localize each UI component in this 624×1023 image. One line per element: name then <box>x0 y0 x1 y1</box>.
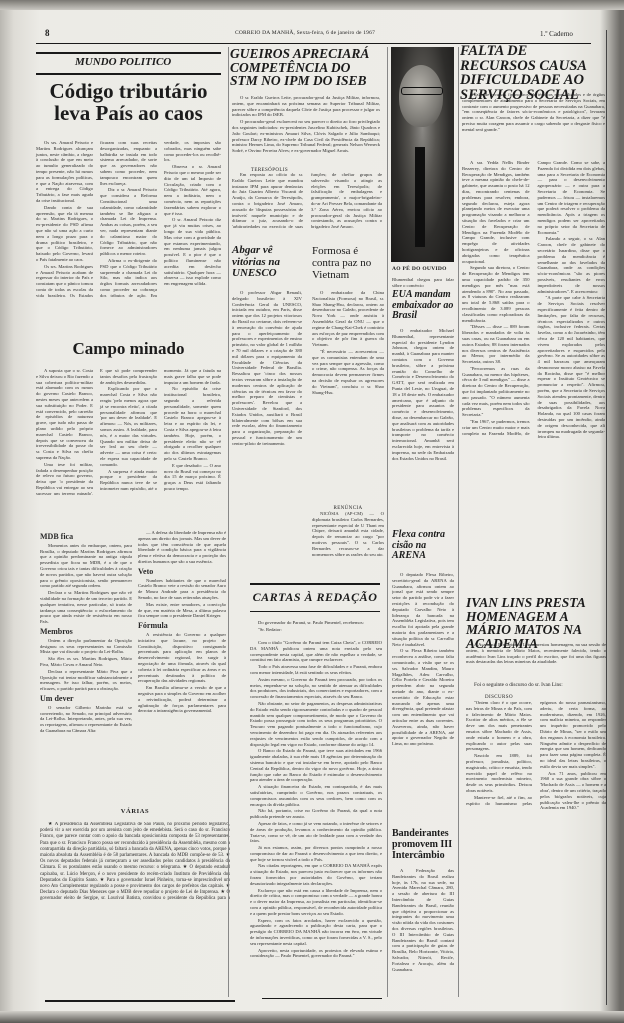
paragraph: A Federação das Bandeirantes do Brasil r… <box>392 868 454 972</box>
cartas-rule-top <box>250 583 380 585</box>
paragraph: NICÓSIA (AP-CM) — O diplomata brasileiro… <box>312 511 384 556</box>
paragraph: Espero, com os fatos arrolados, haver es… <box>250 918 382 947</box>
paragraph: O senador Gilberto Marinho está se conve… <box>40 705 132 734</box>
article-eua-mandam: O embaixador Michael Blumenthal, represe… <box>392 328 454 503</box>
article-cartas: Com o título "Govêrno do Paraná tem Caix… <box>250 640 382 995</box>
headline-gueiros: GUEIROS APRECIARÁ COMPETÊNCIA DO STM NO … <box>230 47 380 88</box>
paragraph: Falando a seguir, o sr. Alan Caroon, che… <box>538 236 606 294</box>
paragraph: — A defesa da liberdade de Imprensa não … <box>138 530 226 565</box>
column-rule <box>387 47 388 997</box>
paragraph: Apesar de fatos, e como já se vem notand… <box>250 821 382 844</box>
paragraph: Observa o sr. Amaral Peixoto que o mesmo… <box>164 164 221 216</box>
paragraph: O deputado Flexa Ribeiro, secretário-ger… <box>392 572 454 647</box>
paragraph: Do governador do Paraná, sr. Paulo Pimen… <box>250 620 382 626</box>
paragraph: A resistência do Governo a qualquer inic… <box>138 632 226 684</box>
cartas-intro: Do governador do Paraná, sr. Paulo Pimen… <box>250 620 382 634</box>
paragraph: Ontem a direção parlamentar da Oposição … <box>40 638 132 655</box>
article-falta-recursos: A sra. Yedda Nellis Binder Bezzerey, dir… <box>462 160 605 555</box>
notes-column-right: — A defesa da liberdade de Imprensa não … <box>138 530 226 790</box>
subhead-membros: Membros <box>40 629 132 635</box>
paragraph: Em resposta ao ofício do sr. Eraldo Guei… <box>232 172 382 234</box>
paragraph: Com o título "Govêrno do Paraná tem Caix… <box>250 640 382 663</box>
article-gueiros: Em resposta ao ofício do sr. Eraldo Guei… <box>232 172 382 234</box>
paragraph: O procurador-geral esclarecerá no seu pa… <box>232 119 380 154</box>
article-bandeirantes: A Federação das Bandeirantes do Brasil r… <box>392 868 454 996</box>
paragraph: Não obstante, no setor de pagamentos, as… <box>250 701 382 747</box>
paragraph: Mas existe, entre senadores, a convicção… <box>138 602 226 619</box>
page-number: 8 <box>45 28 50 38</box>
scan-top-edge <box>0 0 624 10</box>
section-title: MUNDO POLITICO <box>75 56 171 68</box>
salutation: "Sr. Redator: <box>250 627 382 633</box>
article-formosa: O embaixador da China Nacionalista (Form… <box>312 290 384 430</box>
headline-cartas: CARTAS À REDAÇÃO <box>250 591 380 604</box>
paragraph: Esclareço que não está em causa a liberd… <box>250 888 382 917</box>
bottom-rule-center <box>262 998 382 999</box>
headline-codigo-tributario: Código tributário leva País ao caos <box>36 80 221 124</box>
column-rule <box>228 47 229 997</box>
photo-caption-text: Blumenthal chegou para falar sôbre o com… <box>392 277 454 289</box>
photo-caption-title: AO PÉ DO OUVIDO <box>392 266 458 272</box>
notes-column-left: MDB fica Momentos antes do embarque, ont… <box>40 530 132 790</box>
masthead-dateline: CORREIO DA MANHÃ, Sexta-feira, 6 de jane… <box>235 30 375 36</box>
paragraph: "É necessário — acrescentou — que os com… <box>312 349 384 395</box>
subhead-formula: Fórmula <box>138 623 226 629</box>
headline-bandeirantes: Bandeirantes promovem III Intercâmbio <box>392 828 456 861</box>
headline-flexa: Flexa contra cisão na ARENA <box>392 530 454 562</box>
photo-glasses <box>401 87 443 95</box>
paragraph: O embaixador da China Nacionalista (Form… <box>312 290 384 348</box>
paragraph: O embaixador Michael Blumenthal, represe… <box>392 328 454 461</box>
paragraph: Segundo sua diretora, o Centro de Recupe… <box>462 265 530 323</box>
paragraph: "Dêsses — disse — 889 foram liberados e … <box>462 324 530 365</box>
paragraph: "Ontem claro é o que ocorre, nas letras … <box>466 700 532 752</box>
paragraph: "A parte que cabe à Secretaria de Serviç… <box>538 295 606 440</box>
paragraph: São êles os srs. Martins Rodrigues, Mári… <box>40 656 132 668</box>
paragraph: A sra. Yedda Nellis Binder Bezzerey, dir… <box>462 160 530 264</box>
paragraph: Dando conta de sua apreensão, que ela tá… <box>36 205 93 263</box>
paragraph: Declara o sr. Martins Rodrigues que não … <box>40 590 132 625</box>
paragraph: E que desabafo: — O ano novo do Brasil v… <box>164 463 221 492</box>
paragraph: Em Brasília afirma-se a versão de que a … <box>138 685 226 714</box>
photo-tie <box>415 147 425 247</box>
photo-face <box>399 65 443 127</box>
subhead-um-dever: Um dever <box>40 696 132 702</box>
paragraph: O sr. Amaral Peixoto diz que já viu muit… <box>164 217 221 287</box>
paragraph: Nascido em 1889, foi professor, jornalis… <box>466 753 532 794</box>
page-edge-rule <box>606 30 607 1005</box>
paragraph: Nas citadas reportagens, em que o CORREI… <box>250 863 382 886</box>
section-rule-top <box>36 52 221 54</box>
paragraph: No episódio da crise institucional brasi… <box>164 386 221 461</box>
paragraph: Numbres habitantes de que o marechal Cas… <box>138 578 226 601</box>
article-renuncia: NICÓSIA (AP-CM) — O diplomata brasileiro… <box>312 511 384 556</box>
article-ivan-lins: "Ontem claro é o que ocorre, nas letras … <box>466 700 606 1000</box>
paragraph: "Percorremos as ruas da Guanabara, na me… <box>462 366 530 418</box>
subhead-veto: Veto <box>138 569 226 575</box>
paragraph: Aos 71 anos, publicou em 1960 a sua gran… <box>540 771 606 812</box>
article-abgar: O professor Abgar Renault, delegado bras… <box>232 290 302 515</box>
article-flexa: O deputado Flexa Ribeiro, secretário-ger… <box>392 572 454 822</box>
cartas-rule-bottom <box>250 611 380 612</box>
paragraph: A situação financeira do Estado, em cont… <box>250 784 382 807</box>
article-varias: ★ A presidência da Assembléia Legislativ… <box>40 822 230 902</box>
article-campo-minado: A suposta que o sr. Costa e Silva deixou… <box>36 368 221 518</box>
lead-gueiros: O sr. Eraldo Gueiros Leite, procurador-g… <box>232 95 380 163</box>
paragraph: Os srs. Amaral Peixoto e Martins Rodrigu… <box>36 140 93 204</box>
lead-ivan-lins: A Academia Brasileira de Letras prestou … <box>466 642 606 680</box>
article-codigo-tributario: Os srs. Amaral Peixoto e Martins Rodrigu… <box>36 140 221 322</box>
subhead-varias: VÁRIAS <box>40 808 230 815</box>
paragraph: A suposta que o sr. Costa e Silva deixou… <box>36 368 93 461</box>
column-rule <box>458 47 459 997</box>
photo-blumenthal <box>391 47 454 262</box>
paragraph: Declara o representante Mário Piva que a… <box>40 669 132 692</box>
subhead-mdb-fica: MDB fica <box>40 534 132 540</box>
headline-abgar: Abgar vê vitórias na UNESCO <box>232 245 304 280</box>
section-rule-bottom <box>36 73 221 75</box>
paragraph: Explicando por que o marechal Costa e Si… <box>100 386 157 467</box>
scan-bottom-edge <box>0 1011 624 1023</box>
paragraph: O sr. Flexa Ribeiro também reconheceu a … <box>392 648 454 747</box>
paragraph: Não há, portanto, crise no Govêrno do Pa… <box>250 808 382 820</box>
lead-falta-recursos: A falta de recursos financeiros, de técn… <box>462 92 605 160</box>
headline-eua-mandam: EUA mandam embaixador ao Brasil <box>392 290 457 322</box>
paragraph: ★ A presidência da Assembléia Legislativ… <box>40 822 230 902</box>
headline-campo-minado: Campo minado <box>36 340 221 358</box>
paragraph: O sr. Eraldo Gueiros Leite, procurador-g… <box>232 95 380 118</box>
paragraph: Assim mesmo, o Governo do Paraná tem pro… <box>250 677 382 700</box>
paragraph: O professor Abgar Renault, delegado bras… <box>232 290 302 447</box>
bottom-rule-left <box>45 1000 235 1002</box>
paragraph: Já nos estamos, assim, por diversos pont… <box>250 845 382 862</box>
paragraph: Diz o sr. Amaral Peixoto que considera a… <box>100 187 157 257</box>
intro-ivan-lins: Foi o seguinte o discurso do sr. Ivan Li… <box>466 682 606 688</box>
paragraph: Aproveito, nesta oportunidade, os protes… <box>250 948 382 960</box>
paragraph: A Academia Brasileira de Letras prestou … <box>466 642 606 665</box>
newspaper-page: 8 CORREIO DA MANHÃ, Sexta-feira, 6 de ja… <box>0 0 624 1023</box>
paragraph: A falta de recursos financeiros, de técn… <box>462 92 605 133</box>
section-label: 1.º Caderno <box>540 30 573 38</box>
paragraph: Momentos antes do embarque, ontem, para … <box>40 543 132 589</box>
paragraph: O Banco do Estado do Paraná, que teve su… <box>250 748 382 783</box>
paragraph: Todo o País atravessa uma fase de dificu… <box>250 664 382 676</box>
headline-formosa: Formosa é contra paz no Vietnam <box>312 245 384 281</box>
